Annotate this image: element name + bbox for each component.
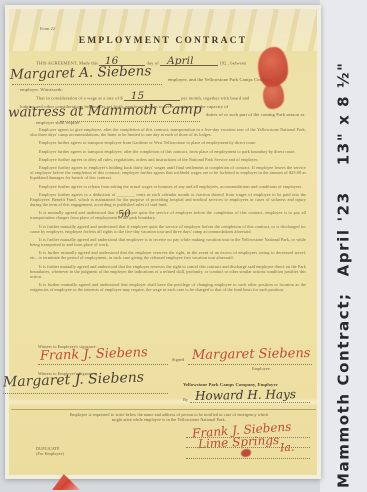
document-title: EMPLOYMENT CONTRACT: [9, 36, 317, 46]
handwritten-deduction: 50: [118, 209, 131, 221]
handwritten-position: waitress at Mammoth Camp: [8, 101, 202, 120]
by-label: By: [183, 397, 188, 402]
contract-paragraph: Employer further agrees to transport emp…: [30, 140, 306, 145]
contract-paragraph: Employer further agrees to a deduction o…: [30, 192, 306, 207]
annotation-date: April '23: [334, 191, 352, 276]
contract-paragraph: Employee further agrees to obey all rule…: [30, 157, 306, 162]
duties-tail: duties of or such part of the coming Par…: [206, 112, 306, 117]
contract-paragraph: Employee further agrees to employer's ho…: [30, 165, 306, 180]
scanned-contract-photo: Mammoth Contract; April '23 13" x 8 ½" F…: [0, 0, 367, 492]
annotation-dimensions: 13" x 8 ½": [334, 61, 352, 165]
contract-paragraph: It is further mutually agreed and unders…: [30, 237, 306, 247]
duplicate-stamp: DUPLICATE (For Employee): [36, 446, 64, 456]
contract-paragraph: It is further mutually agreed and unders…: [30, 282, 306, 292]
duplicate-line2: (For Employee): [36, 451, 64, 456]
contract-paragraph: It is further mutually agreed and unders…: [30, 250, 306, 260]
contract-paragraph: Employee further agrees to refrain from …: [30, 184, 306, 189]
month-blank: April: [160, 60, 218, 66]
employee-signature: Margaret Siebens: [192, 346, 311, 363]
wage-line-pre: That in consideration of a wage at a rat…: [36, 96, 123, 101]
emergency-contact-state: Ia.: [280, 441, 295, 455]
archivist-annotation: Mammoth Contract; April '23 13" x 8 ½": [318, 0, 367, 492]
form-number: Form 22: [40, 26, 55, 31]
red-wax-seal-drip: [263, 82, 284, 109]
employee-caption: Employee.: [252, 366, 271, 371]
handwritten-wage: 15: [131, 90, 145, 102]
annotation-title: Mammoth Contract;: [334, 292, 352, 488]
contract-paragraphs: Employer agrees to give employee, after …: [30, 127, 306, 341]
contract-paragraph: Employer further agrees to transport emp…: [30, 149, 306, 154]
signed-label: Signed: [172, 357, 184, 362]
handwritten-month: April: [167, 55, 194, 67]
duties-tail2: employer shall require.: [36, 120, 81, 125]
red-wax-seal: [258, 47, 288, 87]
contract-paragraph: It is further mutually agreed and unders…: [30, 264, 306, 279]
wage-blank: 15: [124, 95, 180, 101]
contract-paragraph: It is mutually agreed and understood tha…: [30, 210, 306, 220]
witnesseth-line: employer. Witnesseth:: [20, 87, 63, 92]
wage-line-post: per month, together with board and: [181, 96, 249, 101]
contract-paragraph: It is further mutually agreed and unders…: [30, 224, 306, 234]
agreement-line-post: 192 , between: [219, 61, 246, 66]
contract-paragraph: Employer agrees to give employee, after …: [30, 127, 306, 137]
employer-signature: Howard H. Hays: [195, 387, 296, 403]
